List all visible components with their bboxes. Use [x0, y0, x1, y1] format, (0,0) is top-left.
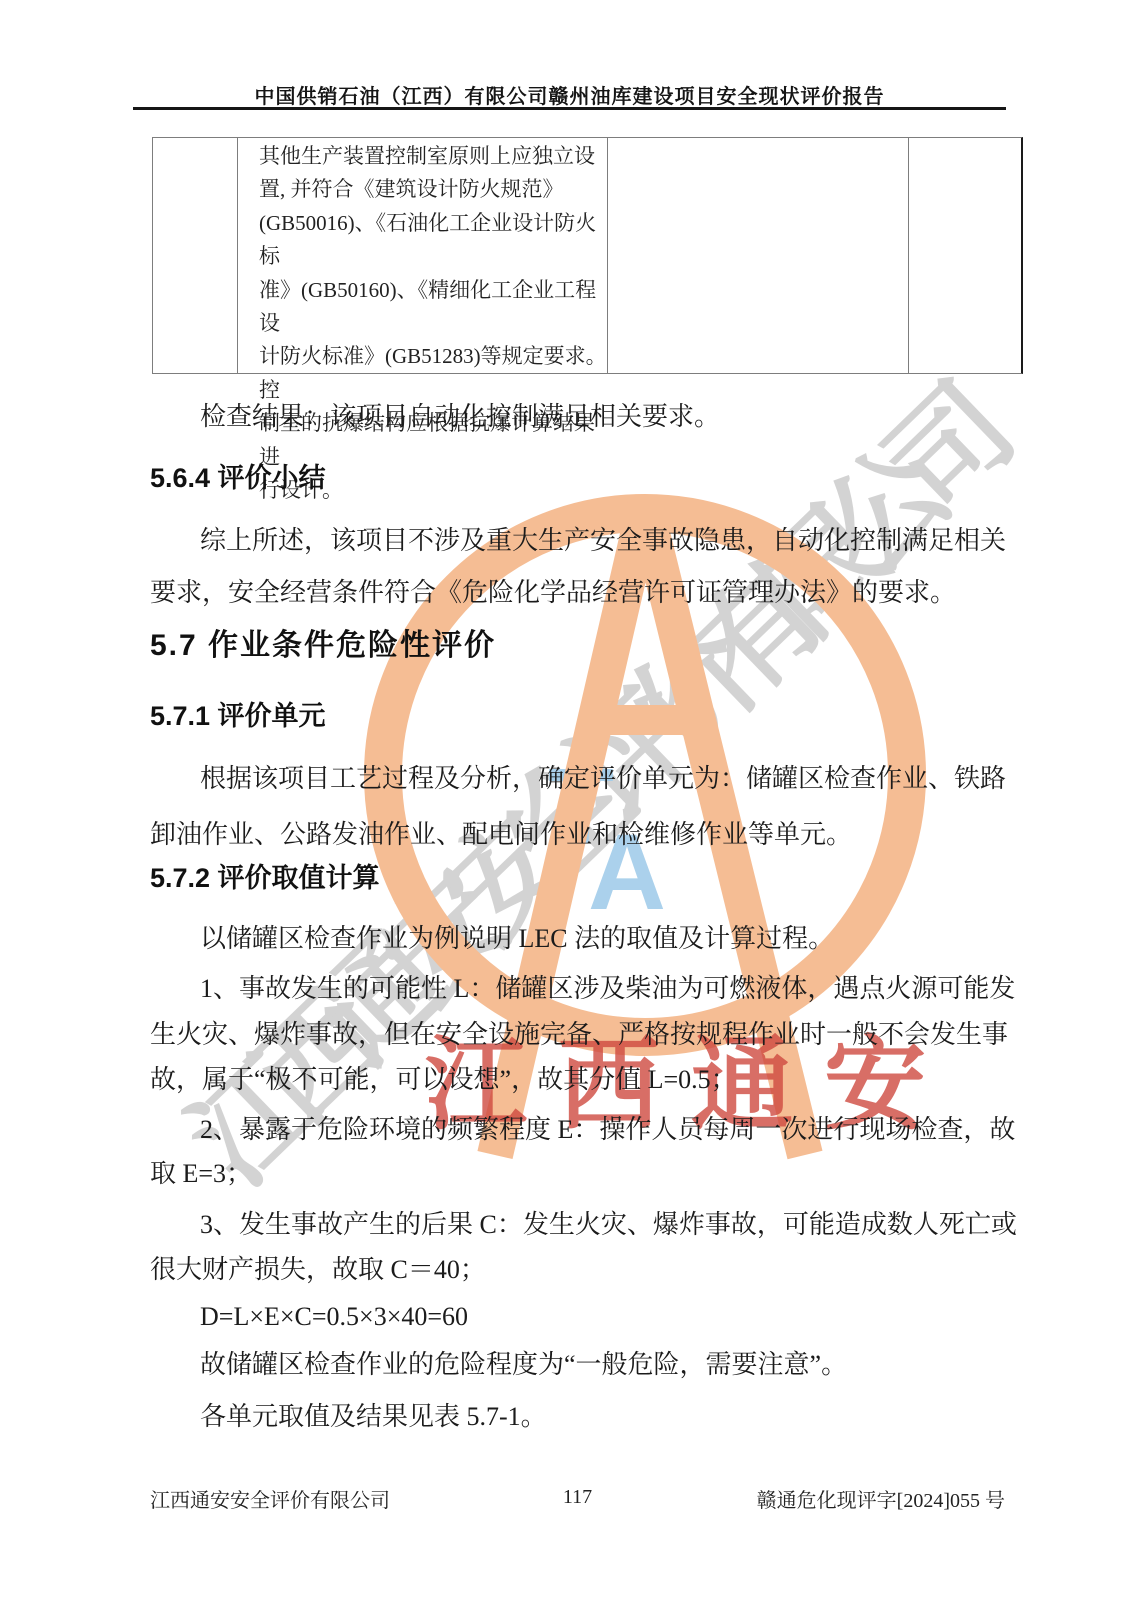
- paragraph-line: 卸油作业、公路发油作业、配电间作业和检维修作业等单元。: [150, 818, 852, 852]
- table-line: 其他生产装置控制室原则上应独立设: [259, 140, 615, 173]
- paragraph-line: 综上所述，该项目不涉及重大生产安全事故隐患，自动化控制满足相关: [200, 524, 1006, 558]
- table-line: (GB50016)、《石油化工企业设计防火标: [259, 207, 615, 274]
- requirement-table: 其他生产装置控制室原则上应独立设 置, 并符合《建筑设计防火规范》 (GB500…: [152, 137, 1023, 374]
- paragraph-line: 取 E=3；: [150, 1157, 252, 1191]
- section-heading-5-7: 5.7 作业条件危险性评价: [150, 628, 496, 664]
- paragraph-line: 3、发生事故产生的后果 C：发生火灾、爆炸事故，可能造成数人死亡或: [200, 1208, 1017, 1242]
- page-header-title: 中国供销石油（江西）有限公司赣州油库建设项目安全现状评价报告: [133, 80, 1006, 109]
- table-reference-line: 各单元取值及结果见表 5.7-1。: [200, 1400, 547, 1434]
- section-heading-5-6-4: 5.6.4 评价小结: [150, 462, 326, 494]
- document-content: 中国供销石油（江西）有限公司赣州油库建设项目安全现状评价报告 其他生产装置控制室…: [0, 0, 1131, 1600]
- footer-doc-number: 赣通危化现评字[2024]055 号: [150, 1484, 1005, 1513]
- formula-line: D=L×E×C=0.5×3×40=60: [200, 1300, 468, 1334]
- table-column-divider: [908, 138, 909, 373]
- table-line: 计防火标准》(GB51283)等规定要求。控: [259, 340, 615, 407]
- table-column-divider: [237, 138, 238, 373]
- paragraph-line: 以储罐区检查作业为例说明 LEC 法的取值及计算过程。: [200, 922, 834, 956]
- check-result-line: 检查结果：该项目自动化控制满足相关要求。: [200, 400, 720, 434]
- paragraph-line: 2、暴露于危险环境的频繁程度 E：操作人员每周一次进行现场检查，故: [200, 1113, 1015, 1147]
- paragraph-line: 要求，安全经营条件符合《危险化学品经营许可证管理办法》的要求。: [150, 576, 956, 610]
- paragraph-line: 故，属于“极不可能，可以设想”，故其分值 L=0.5；: [150, 1063, 737, 1097]
- paragraph-line: 根据该项目工艺过程及分析，确定评价单元为：储罐区检查作业、铁路: [200, 762, 1006, 796]
- table-cell-requirement: 其他生产装置控制室原则上应独立设 置, 并符合《建筑设计防火规范》 (GB500…: [259, 140, 615, 507]
- header-rule: [133, 107, 1006, 110]
- section-heading-5-7-1: 5.7.1 评价单元: [150, 700, 326, 732]
- section-heading-5-7-2: 5.7.2 评价取值计算: [150, 862, 380, 894]
- document-page: 江西通安安全评价有限公司 T A 江西通安 中国供销石油（江西）有限公司赣州油库…: [0, 0, 1131, 1600]
- table-line: 置, 并符合《建筑设计防火规范》: [259, 173, 615, 206]
- paragraph-line: 生火灾、爆炸事故，但在安全设施完备、严格按规程作业时一般不会发生事: [150, 1018, 1008, 1052]
- conclusion-line: 故储罐区检查作业的危险程度为“一般危险，需要注意”。: [200, 1348, 847, 1382]
- table-line: 准》(GB50160)、《精细化工企业工程设: [259, 274, 615, 341]
- paragraph-line: 1、事故发生的可能性 L：储罐区涉及柴油为可燃液体，遇点火源可能发: [200, 972, 1015, 1006]
- paragraph-line: 很大财产损失，故取 C＝40；: [150, 1253, 486, 1287]
